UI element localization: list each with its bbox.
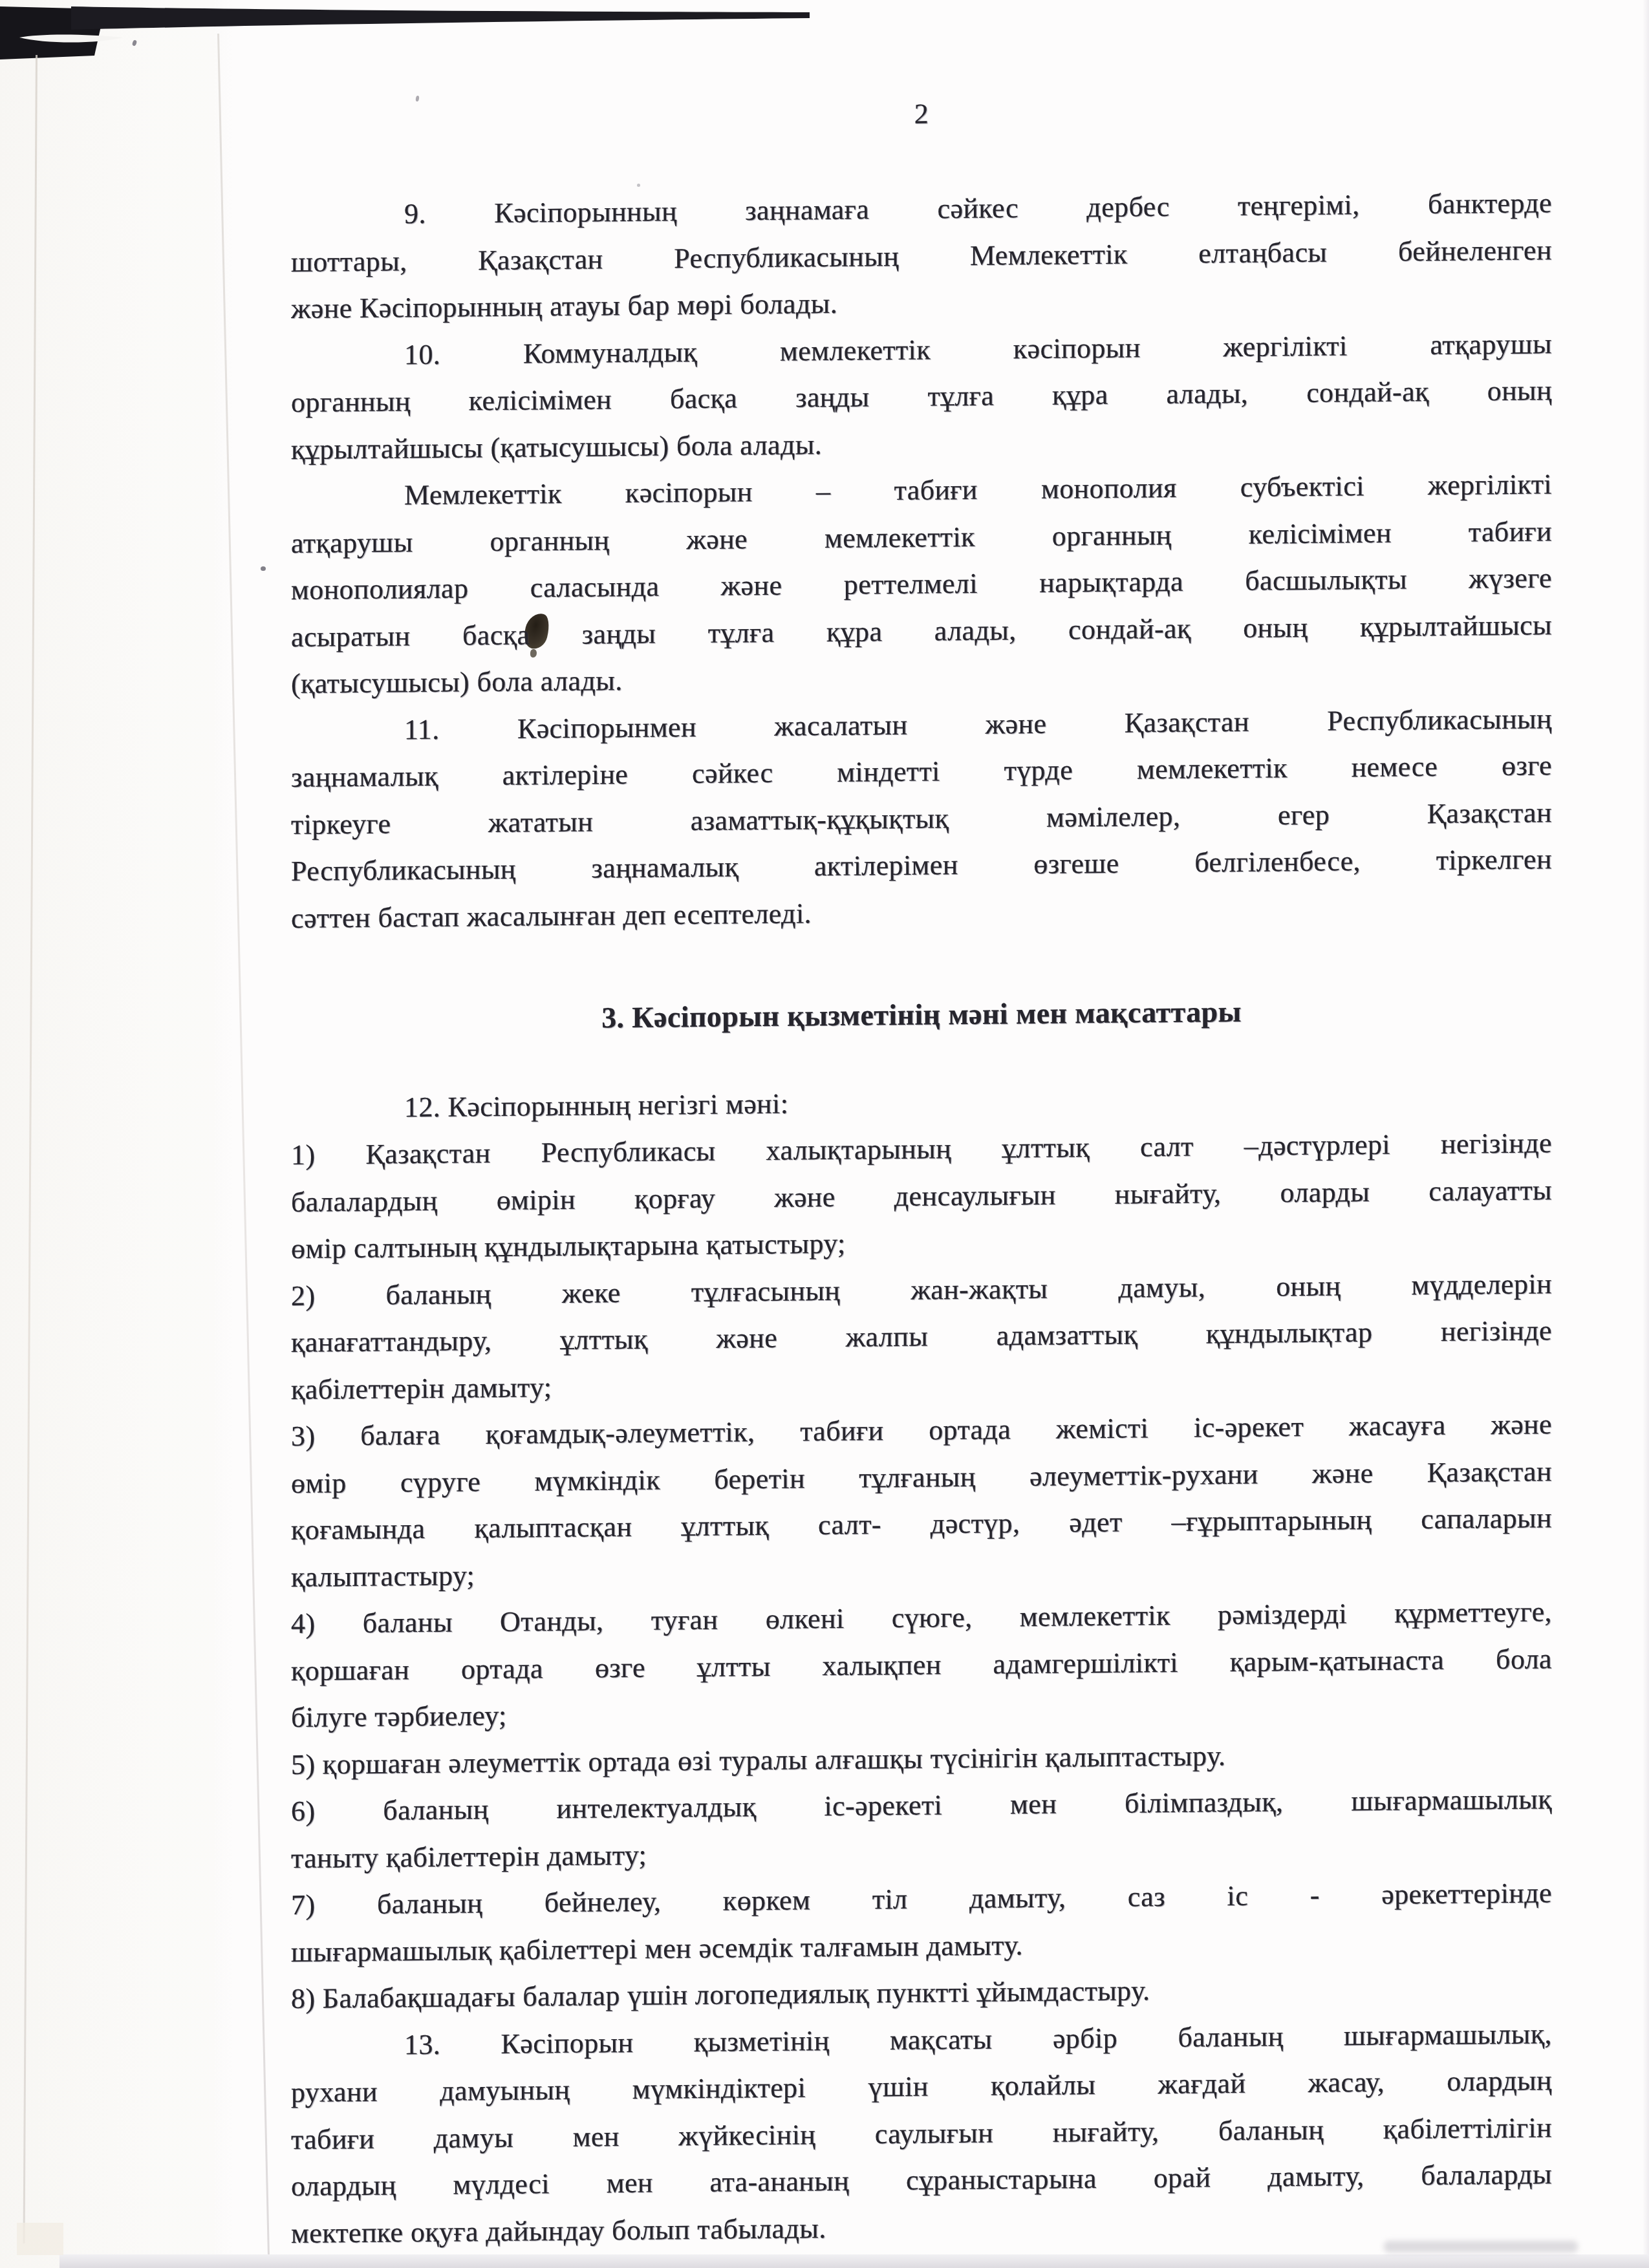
- scan-left-margin-strip: [0, 0, 215, 2268]
- text-line: 3. Кәсіпорын қызметінің мәні мен мақсатт…: [291, 985, 1552, 1044]
- item-4: 4) баланы Отанды, туған өлкені сүюге, ме…: [291, 1589, 1552, 1741]
- scan-top-edge-artifact: [0, 0, 841, 71]
- para-9: 9. Кәсіпорынның заңнамаға сәйкес дербес …: [291, 180, 1552, 332]
- section-heading: 3. Кәсіпорын қызметінің мәні мен мақсатт…: [291, 985, 1552, 1044]
- page-number: 2: [291, 85, 1552, 144]
- item-3: 3) балаға қоғамдық-әлеуметтік, табиғи ор…: [291, 1401, 1552, 1601]
- item-6: 6) баланың интелектуалдық іс-әрекеті мен…: [291, 1776, 1552, 1882]
- item-7: 7) баланың бейнелеу, көркем тіл дамыту, …: [291, 1870, 1552, 1976]
- page-edge-line: [217, 34, 270, 2257]
- scan-corner-notch: [17, 2223, 63, 2255]
- para-state-enterprise: Мемлекеттік кәсіпорын – табиғи монополия…: [291, 461, 1552, 707]
- item-2: 2) баланың жеке тұлғасының жан-жақты дам…: [291, 1261, 1552, 1413]
- scan-speck: [261, 566, 266, 571]
- para-13: 13. Кәсіпорын қызметінің мақсаты әрбір б…: [291, 2011, 1552, 2257]
- scanned-document-page: 2 9. Кәсіпорынның заңнамаға сәйкес дербе…: [0, 0, 1649, 2268]
- para-11: 11. Кәсіпорынмен жасалатын және Қазақста…: [291, 696, 1552, 942]
- para-10: 10. Коммуналдық мемлекеттік кәсіпорын же…: [291, 321, 1552, 473]
- document-text: 2 9. Кәсіпорынның заңнамаға сәйкес дербе…: [291, 85, 1552, 2257]
- item-1: 1) Қазақстан Республикасы халықтарының ұ…: [291, 1120, 1552, 1272]
